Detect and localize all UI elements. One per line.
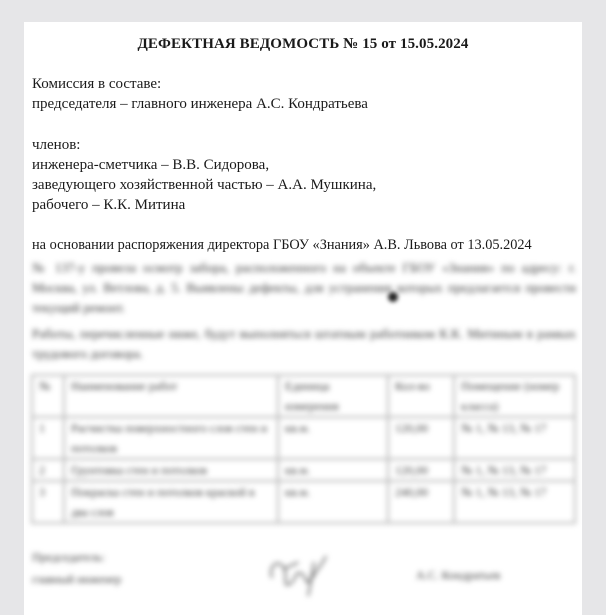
handwritten-signature-icon bbox=[264, 548, 344, 600]
header-room: Помещение (номер класса) bbox=[454, 375, 575, 417]
cell-number: 1 bbox=[32, 417, 64, 459]
cell-qty: 240,00 bbox=[388, 481, 454, 523]
cell-number: 2 bbox=[32, 459, 64, 481]
table-row: 3 Покраска стен и потолков краской в два… bbox=[32, 481, 575, 523]
cell-number: 3 bbox=[32, 481, 64, 523]
signatory-name: А.С. Кондратьев bbox=[416, 568, 500, 583]
member-1: инженера-сметчика – В.В. Сидорова, bbox=[32, 157, 269, 174]
table-row: 2 Грунтовка стен и потолков кв.м. 120,00… bbox=[32, 459, 575, 481]
cell-qty: 120,00 bbox=[388, 459, 454, 481]
member-2: заведующего хозяйственной частью – А.А. … bbox=[32, 177, 376, 194]
header-unit: Единица измерения bbox=[278, 375, 388, 417]
document-title: ДЕФЕКТНАЯ ВЕДОМОСТЬ № 15 от 15.05.2024 bbox=[24, 36, 582, 53]
commission-heading: Комиссия в составе: bbox=[32, 76, 161, 93]
cell-work: Расчистка поверхностного слоя стен и пот… bbox=[64, 417, 278, 459]
defects-table: № Наименование работ Единица измерения К… bbox=[31, 374, 576, 524]
cursor-dot bbox=[388, 292, 398, 302]
header-work: Наименование работ bbox=[64, 375, 278, 417]
cell-room: № 1, № 13, № 17 bbox=[454, 481, 575, 523]
inspection-paragraph: № 137-у провела осмотр забора, расположе… bbox=[32, 258, 576, 318]
cell-unit: кв.м. bbox=[278, 459, 388, 481]
cell-room: № 1, № 13, № 17 bbox=[454, 417, 575, 459]
header-number: № bbox=[32, 375, 64, 417]
works-paragraph: Работы, перечисленные ниже, будут выполн… bbox=[32, 324, 576, 364]
signatory-role: Председатель: главный инженер bbox=[32, 546, 121, 590]
cell-work: Покраска стен и потолков краской в два с… bbox=[64, 481, 278, 523]
signatory-role-line-1: Председатель: bbox=[32, 546, 121, 568]
chairman-line: председателя – главного инженера А.С. Ко… bbox=[32, 96, 368, 113]
basis-line: на основании распоряжения директора ГБОУ… bbox=[32, 237, 532, 254]
cell-work: Грунтовка стен и потолков bbox=[64, 459, 278, 481]
member-3: рабочего – К.К. Митина bbox=[32, 197, 185, 214]
cell-unit: кв.м. bbox=[278, 481, 388, 523]
table-header-row: № Наименование работ Единица измерения К… bbox=[32, 375, 575, 417]
cell-qty: 120,00 bbox=[388, 417, 454, 459]
members-heading: членов: bbox=[32, 137, 80, 154]
header-qty: Кол-во bbox=[388, 375, 454, 417]
cell-room: № 1, № 13, № 17 bbox=[454, 459, 575, 481]
table-row: 1 Расчистка поверхностного слоя стен и п… bbox=[32, 417, 575, 459]
cell-unit: кв.м. bbox=[278, 417, 388, 459]
signatory-role-line-2: главный инженер bbox=[32, 568, 121, 590]
document-page: ДЕФЕКТНАЯ ВЕДОМОСТЬ № 15 от 15.05.2024 К… bbox=[24, 22, 582, 615]
